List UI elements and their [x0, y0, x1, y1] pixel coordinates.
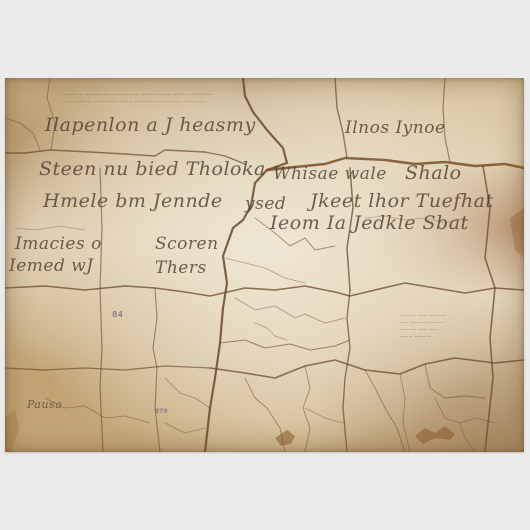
handwriting-line: Imacies o: [15, 234, 102, 254]
handwriting-line: Scoren: [155, 234, 219, 254]
handwriting-line: Iemed wJ: [9, 256, 94, 276]
ink-stamp-mark: 84: [112, 310, 123, 319]
handwriting-line: ysed: [245, 194, 286, 214]
handwriting-line: Ilnos Iynoe: [345, 118, 446, 138]
handwriting-line: Thers: [155, 258, 207, 278]
handwriting-line: Hmele bm Jennde: [43, 190, 223, 212]
handwriting-line: Steen nu bied Tholoka: [39, 158, 266, 180]
handwriting-signature: Pausa: [27, 398, 62, 411]
small-ink-mark: 879: [155, 408, 168, 415]
handwriting-line: Ieom Ia Jedkle Sbat: [270, 212, 469, 234]
handwriting-line: Ilapenlon a J heasmy: [45, 114, 256, 136]
handwriting-line: Shalo: [405, 162, 462, 184]
handwriting-line: Jkeet lhor Tuefhat: [310, 190, 494, 212]
handwriting-line: Whisae wale: [273, 164, 387, 184]
cracked-parchment-print: ~~~ ~ ~~~~ ~~ ~~~~~~ ~~~ ~~~~ ~~~ ~~~~~~…: [5, 78, 524, 452]
